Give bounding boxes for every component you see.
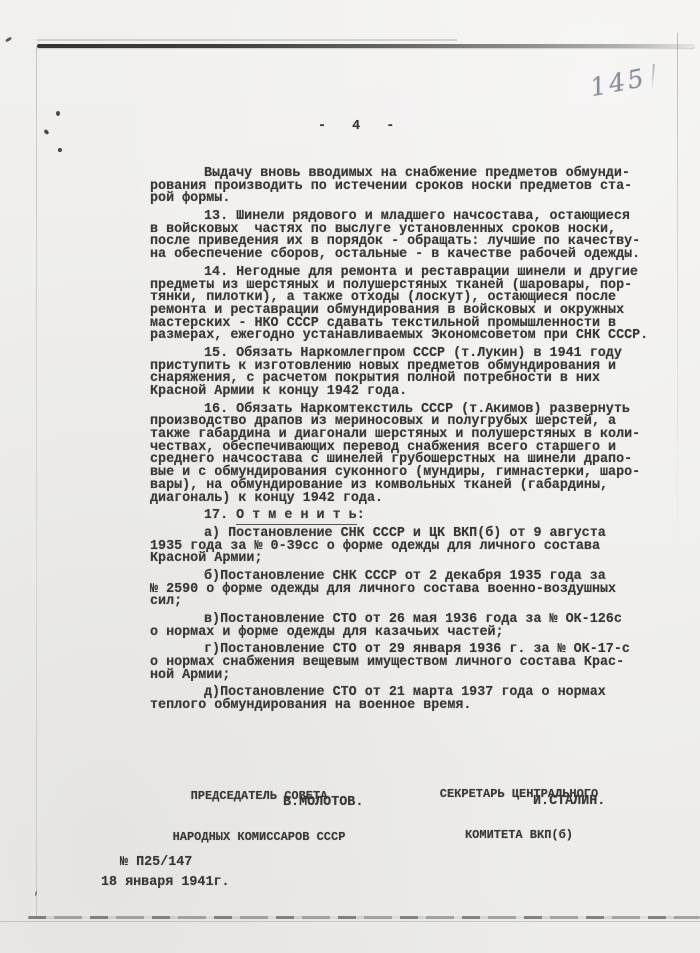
text-line: рой формы. [150, 193, 672, 206]
signature-title-right-line2: КОМИТЕТА ВКП(б) [436, 829, 602, 843]
paragraph: 17. О т м е н и т ь: [150, 510, 672, 523]
scan-bottom-edge-thin [0, 921, 700, 922]
text-line: размерах, ежегодно устанавливаемых Эконо… [150, 330, 672, 343]
underlined-text: О т м е н и т ь [236, 508, 357, 525]
paragraph: в)Постановление СТО от 26 мая 1936 года … [150, 614, 672, 639]
paragraph: г)Постановление СТО от 29 января 1936 г.… [150, 644, 672, 682]
protocol-number: № П25/147 [120, 855, 192, 870]
paragraph: 15. Обязать Наркомлегпром СССР (т.Лукин)… [150, 348, 672, 399]
paragraph: 16. Обязать Наркомтекстиль СССР (т.Акимо… [150, 404, 672, 506]
text-line: на обеспечение сборов, остальные - в кач… [150, 249, 672, 262]
text-line: о нормах и форме одежды для казачьих час… [150, 627, 672, 640]
ink-speck [35, 891, 38, 896]
page-number: - 4 - [318, 119, 395, 134]
scan-right-edge-line [677, 33, 678, 553]
scanned-page: 145 - 4 - Выдачу вновь вводимых на снабж… [0, 0, 700, 953]
ink-speck [43, 129, 49, 135]
paragraph: Выдачу вновь вводимых на снабжение предм… [150, 168, 672, 206]
ink-speck [58, 148, 62, 152]
scan-left-edge-line [36, 46, 37, 918]
text-line: Красной Армии к концу 1942 года. [150, 386, 672, 399]
paragraph: а) Постановление СНК СССР и ЦК ВКП(б) от… [150, 528, 672, 566]
document-body: Выдачу вновь вводимых на снабжение предм… [150, 168, 672, 718]
scan-top-edge-light [37, 39, 457, 41]
signature-name-molotov: В.МОЛОТОВ. [283, 795, 363, 810]
signature-name-stalin: И.СТАЛИН. [533, 794, 605, 809]
ink-speck [5, 36, 13, 42]
signature-title-right: СЕКРЕТАРЬ ЦЕНТРАЛЬНОГО КОМИТЕТА ВКП(б) [436, 761, 602, 869]
text-line: теплого обмундирования на военное время. [150, 700, 672, 713]
paragraph: б)Постановление СНК СССР от 2 декабря 19… [150, 571, 672, 609]
document-date: 18 января 1941г. [101, 875, 230, 890]
signature-title-left: ПРЕДСЕДАТЕЛЬ СОВЕТА НАРОДНЫХ КОМИССАРОВ … [170, 763, 348, 871]
pencil-mark [651, 64, 655, 88]
text-line: 17. О т м е н и т ь: [150, 510, 672, 523]
ink-speck [56, 111, 60, 116]
text-line: сил; [150, 596, 672, 609]
text-line: № 2590 о форме одежды для личного состав… [150, 584, 672, 597]
signature-title-left-line2: НАРОДНЫХ КОМИССАРОВ СССР [170, 831, 348, 845]
paragraph: 14. Негодные для ремонта и реставрации ш… [150, 267, 672, 343]
text-line: диагональ) к концу 1942 года. [150, 493, 672, 506]
scan-bottom-edge-line [28, 916, 700, 919]
text-line: Красной Армии; [150, 553, 672, 566]
paragraph: 13. Шинели рядового и младшего начсостав… [150, 211, 672, 262]
scan-top-edge-line [37, 44, 695, 48]
text-line: ной Армии; [150, 670, 672, 683]
paragraph: д)Постановление СТО от 21 марта 1937 год… [150, 687, 672, 712]
handwritten-folio-number: 145 [588, 63, 649, 102]
